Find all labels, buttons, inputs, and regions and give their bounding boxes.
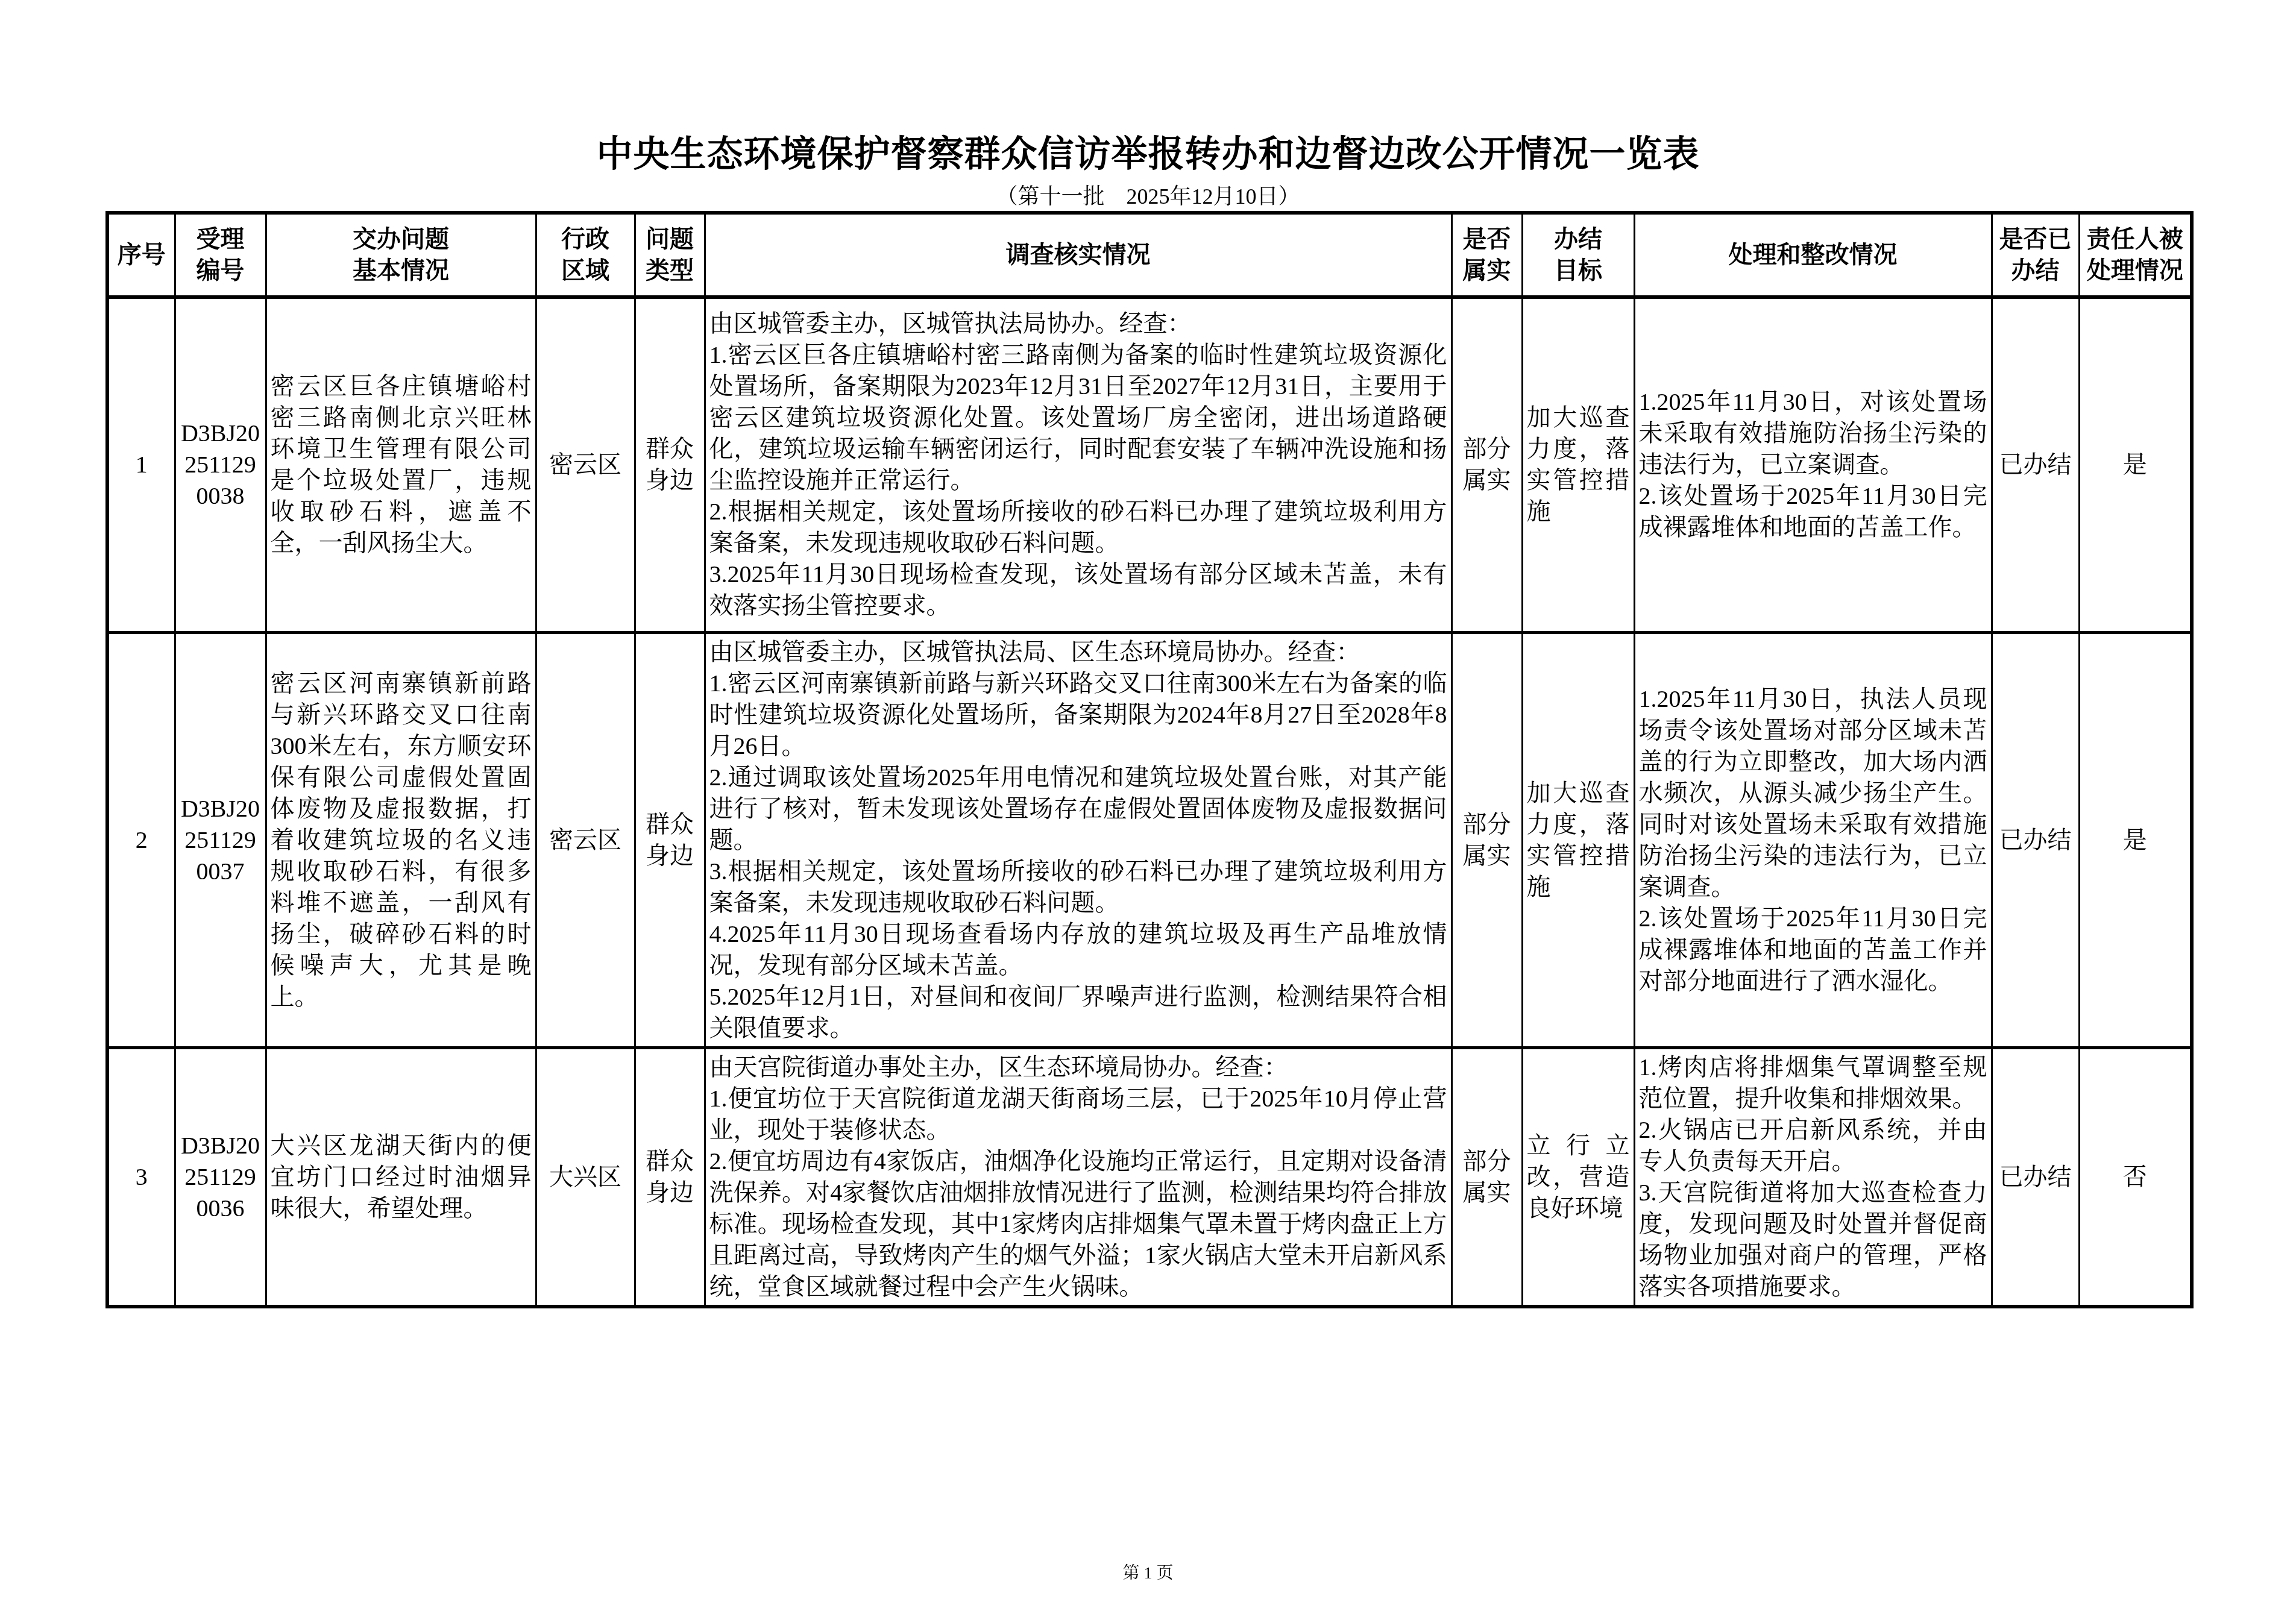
cell-accountability: 是: [2079, 632, 2192, 1047]
cell-accountability: 是: [2079, 297, 2192, 632]
document-title: 中央生态环境保护督察群众信访举报转办和边督边改公开情况一览表: [0, 125, 2296, 177]
cell-verification: 由区城管委主办，区城管执法局协办。经查： 1.密云区巨各庄镇塘峪村密三路南侧为备…: [705, 297, 1452, 632]
cell-region: 大兴区: [536, 1047, 635, 1307]
header-verification: 调查核实情况: [705, 213, 1452, 297]
cell-closed: 已办结: [1992, 297, 2079, 632]
cell-case-no: D3BJ20 251129 0037: [175, 632, 266, 1047]
cell-seq: 3: [107, 1047, 175, 1307]
cell-problem: 大兴区龙湖天街内的便宜坊门口经过时油烟异味很大，希望处理。: [266, 1047, 536, 1307]
cell-type: 群众 身边: [635, 632, 705, 1047]
cell-goal: 加大巡查力度，落实管控措施: [1522, 297, 1634, 632]
header-closed: 是否已 办结: [1992, 213, 2079, 297]
cell-type: 群众 身边: [635, 1047, 705, 1307]
cell-seq: 1: [107, 297, 175, 632]
table-row: 1 D3BJ20 251129 0038 密云区巨各庄镇塘峪村密三路南侧北京兴旺…: [107, 297, 2192, 632]
header-case-no: 受理 编号: [175, 213, 266, 297]
cell-problem: 密云区河南寨镇新前路与新兴环路交叉口往南300米左右，东方顺安环保有限公司虚假处…: [266, 632, 536, 1047]
cell-type: 群众 身边: [635, 297, 705, 632]
page-number: 第 1 页: [0, 1560, 2296, 1584]
cell-region: 密云区: [536, 632, 635, 1047]
cell-rectification: 1.2025年11月30日，执法人员现场责令该处置场对部分区域未苫盖的行为立即整…: [1634, 632, 1992, 1047]
header-rectification: 处理和整改情况: [1634, 213, 1992, 297]
cell-rectification: 1.烤肉店将排烟集气罩调整至规范位置，提升收集和排烟效果。 2.火锅店已开启新风…: [1634, 1047, 1992, 1307]
cell-verification: 由天宫院街道办事处主办，区生态环境局协办。经查： 1.便宜坊位于天宫院街道龙湖天…: [705, 1047, 1452, 1307]
table-row: 2 D3BJ20 251129 0037 密云区河南寨镇新前路与新兴环路交叉口往…: [107, 632, 2192, 1047]
table-header-row: 序号 受理 编号 交办问题 基本情况 行政 区域 问题 类型 调查核实情况 是否…: [107, 213, 2192, 297]
cell-closed: 已办结: [1992, 1047, 2079, 1307]
cell-verified: 部分 属实: [1452, 297, 1522, 632]
header-verified: 是否 属实: [1452, 213, 1522, 297]
cell-accountability: 否: [2079, 1047, 2192, 1307]
cell-goal: 加大巡查力度，落实管控措施: [1522, 632, 1634, 1047]
table-row: 3 D3BJ20 251129 0036 大兴区龙湖天街内的便宜坊门口经过时油烟…: [107, 1047, 2192, 1307]
document-subtitle: （第十一批 2025年12月10日）: [0, 180, 2296, 210]
cell-problem: 密云区巨各庄镇塘峪村密三路南侧北京兴旺林环境卫生管理有限公司是个垃圾处置厂，违规…: [266, 297, 536, 632]
header-type: 问题 类型: [635, 213, 705, 297]
cell-rectification: 1.2025年11月30日，对该处置场未采取有效措施防治扬尘污染的违法行为，已立…: [1634, 297, 1992, 632]
header-problem: 交办问题 基本情况: [266, 213, 536, 297]
cell-case-no: D3BJ20 251129 0038: [175, 297, 266, 632]
header-region: 行政 区域: [536, 213, 635, 297]
cell-verification: 由区城管委主办，区城管执法局、区生态环境局协办。经查： 1.密云区河南寨镇新前路…: [705, 632, 1452, 1047]
cell-closed: 已办结: [1992, 632, 2079, 1047]
header-goal: 办结 目标: [1522, 213, 1634, 297]
cell-goal: 立行立改，营造良好环境: [1522, 1047, 1634, 1307]
cell-seq: 2: [107, 632, 175, 1047]
cell-verified: 部分 属实: [1452, 632, 1522, 1047]
header-seq: 序号: [107, 213, 175, 297]
cell-region: 密云区: [536, 297, 635, 632]
header-accountability: 责任人被 处理情况: [2079, 213, 2192, 297]
cell-verified: 部分 属实: [1452, 1047, 1522, 1307]
inspection-table: 序号 受理 编号 交办问题 基本情况 行政 区域 问题 类型 调查核实情况 是否…: [105, 211, 2194, 1308]
cell-case-no: D3BJ20 251129 0036: [175, 1047, 266, 1307]
